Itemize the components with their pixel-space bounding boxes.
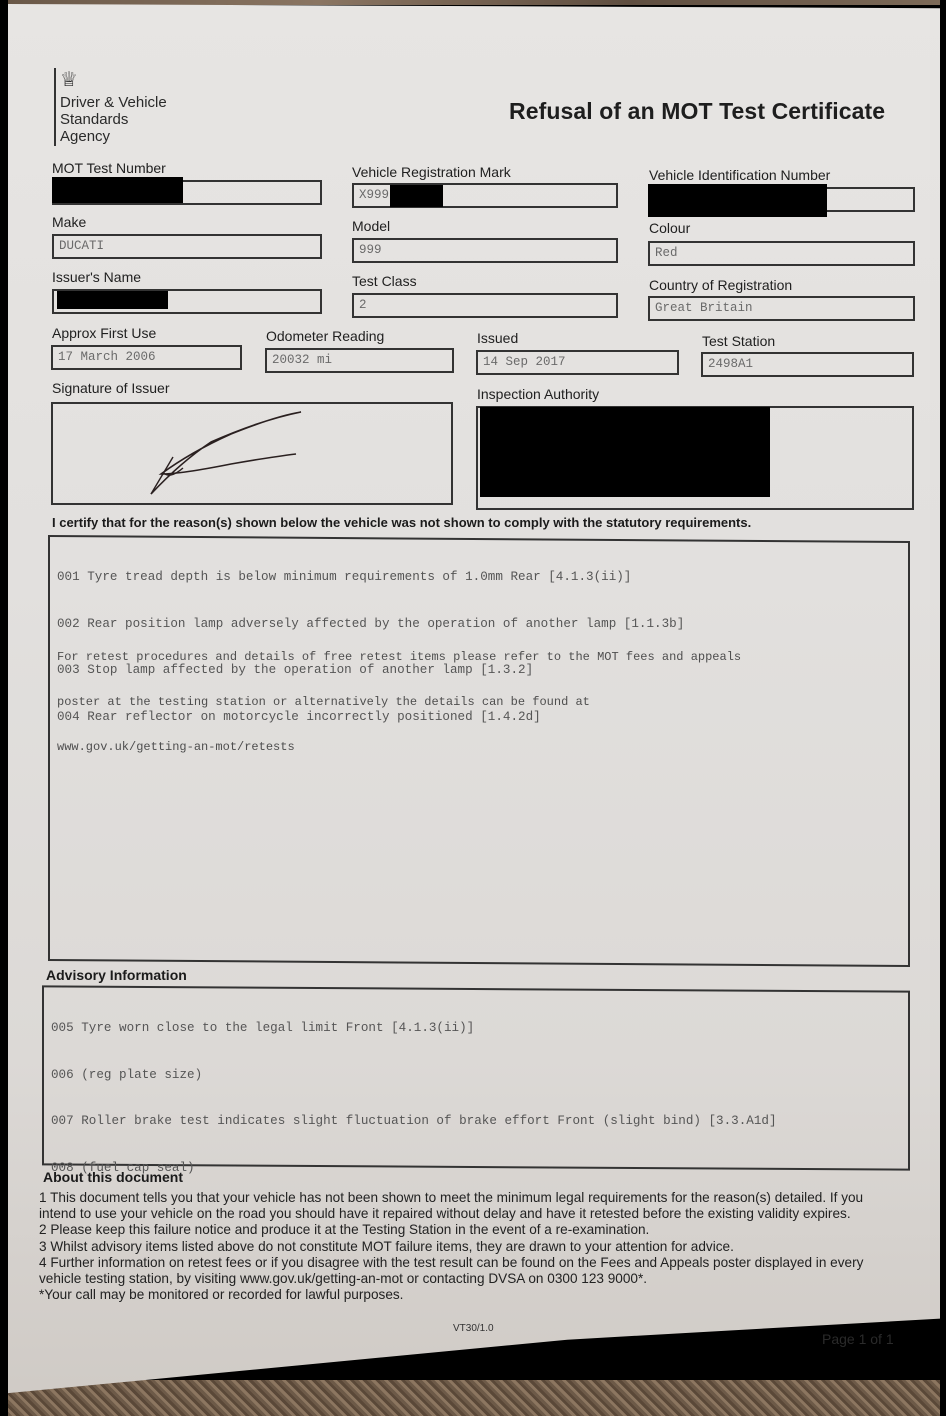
signature-box [51, 402, 453, 505]
vehicle-registration-mark-label: Vehicle Registration Mark [352, 164, 511, 180]
about-text: 1 This document tells you that your vehi… [39, 1190, 919, 1303]
test-class-field: 2 [352, 293, 618, 318]
colour-label: Colour [649, 220, 690, 236]
test-station-field: 2498A1 [701, 352, 914, 377]
retest-url: www.gov.uk/getting-an-mot/retests [57, 740, 741, 755]
certification-statement: I certify that for the reason(s) shown b… [52, 515, 751, 530]
retest-note: For retest procedures and details of fre… [57, 620, 741, 770]
background-carpet-bottom [8, 1380, 940, 1416]
about-heading: About this document [43, 1169, 183, 1185]
inspection-authority-label: Inspection Authority [477, 386, 599, 402]
registration-redaction [390, 185, 443, 207]
advisory-heading: Advisory Information [46, 967, 187, 983]
make-field: DUCATI [52, 234, 322, 259]
inspection-authority-redaction [480, 407, 770, 497]
mot-test-number-redaction [52, 177, 183, 203]
issuers-name-redaction [57, 291, 168, 309]
agency-name: Driver & Vehicle Standards Agency [60, 94, 167, 145]
odometer-reading-field: 20032 mi [265, 348, 454, 373]
background-carpet-top [8, 0, 940, 5]
test-class-label: Test Class [352, 273, 417, 289]
vin-redaction [648, 184, 827, 217]
test-station-label: Test Station [702, 333, 775, 349]
odometer-reading-label: Odometer Reading [266, 328, 384, 344]
make-label: Make [52, 214, 86, 230]
advisory-item: 005 Tyre worn close to the legal limit F… [51, 1021, 777, 1037]
advisory-list: 005 Tyre worn close to the legal limit F… [51, 990, 777, 1192]
approx-first-use-label: Approx First Use [52, 325, 156, 341]
country-of-registration-field: Great Britain [648, 296, 915, 321]
colour-field: Red [648, 241, 915, 266]
country-of-registration-label: Country of Registration [649, 277, 792, 293]
page-number: Page 1 of 1 [822, 1331, 894, 1347]
advisory-item: 006 (reg plate size) [51, 1068, 777, 1084]
signature-label: Signature of Issuer [52, 380, 170, 396]
model-label: Model [352, 218, 390, 234]
issued-label: Issued [477, 330, 518, 346]
refusal-item: 001 Tyre tread depth is below minimum re… [57, 570, 684, 586]
mot-test-number-label: MOT Test Number [52, 160, 166, 176]
advisory-item: 007 Roller brake test indicates slight f… [51, 1114, 777, 1130]
signature-scribble [51, 402, 453, 505]
issued-field: 14 Sep 2017 [476, 350, 679, 375]
form-code: VT30/1.0 [453, 1323, 494, 1334]
document-title: Refusal of an MOT Test Certificate [509, 98, 885, 125]
approx-first-use-field: 17 March 2006 [51, 345, 242, 370]
model-field: 999 [352, 238, 618, 263]
logo-divider [54, 68, 56, 146]
vin-label: Vehicle Identification Number [649, 167, 830, 183]
royal-crest-icon: ♕ [60, 68, 90, 92]
issuers-name-label: Issuer's Name [52, 269, 141, 285]
